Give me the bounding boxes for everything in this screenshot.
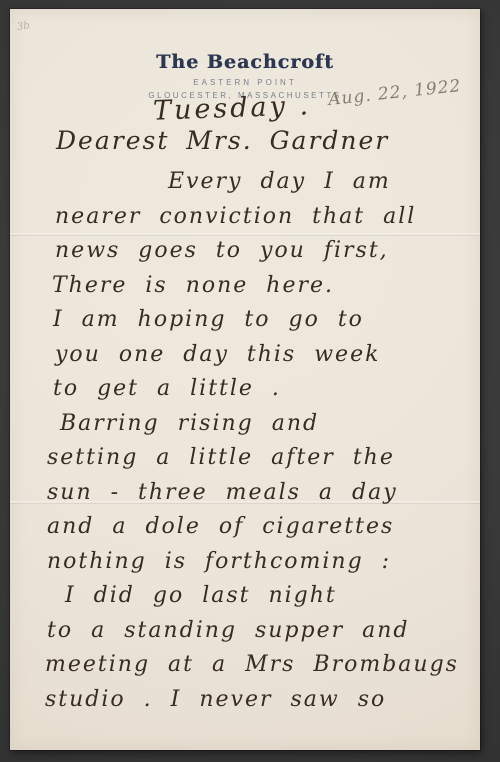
salutation: Dearest Mrs. Gardner [56,126,389,155]
letter-line: I am hoping to go to [10,303,480,338]
archival-corner-mark: 3b [16,20,30,33]
letter-body: Every day I am nearer conviction that al… [10,165,480,717]
letter-paper: 3b The Beachcroft EASTERN POINT GLOUCEST… [10,9,480,750]
letter-line: setting a little after the [10,441,480,476]
letter-line: Every day I am [10,165,480,200]
letter-line: There is none here. [10,269,480,304]
letter-line: I did go last night [10,579,480,614]
letter-line: and a dole of cigarettes [10,510,480,545]
letter-line: studio . I never saw so [10,683,480,718]
letter-line: meeting at a Mrs Brombaugs [10,648,480,683]
letter-line: sun - three meals a day [10,476,480,511]
handwritten-day: Tuesday . [153,90,312,126]
scanned-letter-frame: 3b The Beachcroft EASTERN POINT GLOUCEST… [0,0,500,762]
letterhead-name: The Beachcroft [10,51,480,73]
letter-line: nothing is forthcoming : [10,545,480,580]
letter-line: nearer conviction that all [10,200,480,235]
letter-line: you one day this week [10,338,480,373]
letter-line: Barring rising and [10,407,480,442]
letter-line: to get a little . [10,372,480,407]
letter-line: to a standing supper and [10,614,480,649]
letter-line: news goes to you first, [10,234,480,269]
